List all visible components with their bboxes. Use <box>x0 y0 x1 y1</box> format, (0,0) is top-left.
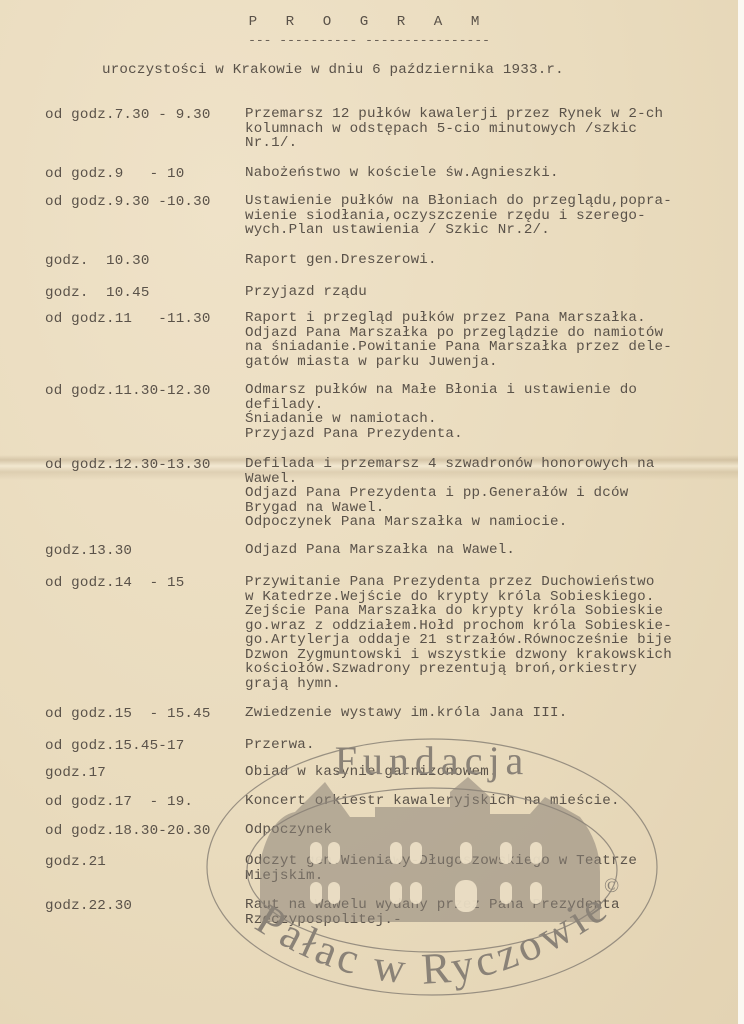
entry-time: od godz.12.30-13.30 <box>45 457 211 473</box>
entry-time: godz.17 <box>45 765 106 781</box>
entry-description: Nabożeństwo w kościele św.Agnieszki. <box>245 166 559 181</box>
entry-time: godz.22.30 <box>45 898 132 914</box>
entry-description: Raport i przegląd pułków przez Pana Mars… <box>245 311 672 369</box>
document-subtitle: uroczystości w Krakowie w dniu 6 paździe… <box>102 62 564 78</box>
entry-time: godz.13.30 <box>45 543 132 559</box>
entry-description: Zwiedzenie wystawy im.króla Jana III. <box>245 706 567 721</box>
entry-time: godz.21 <box>45 854 106 870</box>
entry-description: Koncert orkiestr kawaleryjskich na mieśc… <box>245 794 620 809</box>
entry-description: Raut na Wawelu wydany przez Pana Prezyde… <box>245 898 620 927</box>
entry-time: od godz.9 - 10 <box>45 166 184 182</box>
entry-time: od godz.9.30 -10.30 <box>45 194 211 210</box>
entry-description: Odczyt gen.Wieniawy-Długoszowskiego w Te… <box>245 854 637 883</box>
entry-description: Raport gen.Dreszerowi. <box>245 253 437 268</box>
entry-description: Ustawienie pułków na Błoniach do przeglą… <box>245 194 672 238</box>
scan-edge <box>738 0 744 1024</box>
entry-description: Przywitanie Pana Prezydenta przez Duchow… <box>245 575 672 691</box>
entry-time: od godz.11.30-12.30 <box>45 383 211 399</box>
entry-time: godz. 10.45 <box>45 285 150 301</box>
entry-description: Defilada i przemarsz 4 szwadronów honoro… <box>245 457 655 530</box>
entry-time: od godz.18.30-20.30 <box>45 823 211 839</box>
title-underline: --- ---------- ---------------- <box>0 33 738 48</box>
entry-description: Przerwa. <box>245 738 315 753</box>
entry-description: Odjazd Pana Marszałka na Wawel. <box>245 543 515 558</box>
entry-description: Odmarsz pułków na Małe Błonia i ustawien… <box>245 383 637 441</box>
document-title: P R O G R A M <box>0 14 738 30</box>
entry-time: od godz.17 - 19. <box>45 794 193 810</box>
entry-time: od godz.7.30 - 9.30 <box>45 107 211 123</box>
entry-description: Obiad w kasynie garnizonowem. <box>245 765 498 780</box>
entry-description: Przyjazd rządu <box>245 285 367 300</box>
entry-time: godz. 10.30 <box>45 253 150 269</box>
entry-time: od godz.11 -11.30 <box>45 311 211 327</box>
entry-description: Przemarsz 12 pułków kawalerji przez Ryne… <box>245 107 663 151</box>
entry-time: od godz.15 - 15.45 <box>45 706 211 722</box>
entry-time: od godz.14 - 15 <box>45 575 184 591</box>
entry-time: od godz.15.45-17 <box>45 738 184 754</box>
entry-description: Odpoczynek <box>245 823 332 838</box>
